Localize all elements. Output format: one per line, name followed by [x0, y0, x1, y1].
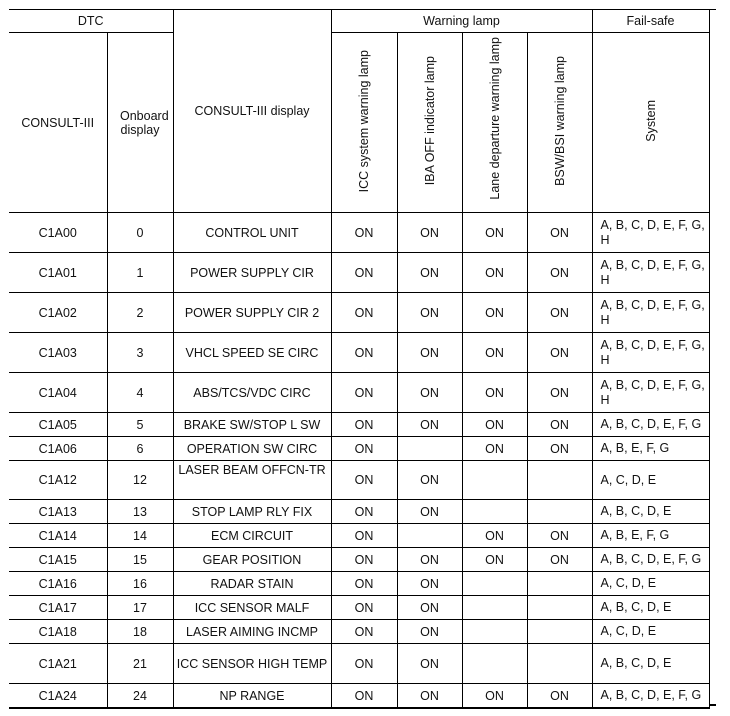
cell-iba: ON	[397, 293, 462, 333]
cell-icc: ON	[331, 620, 397, 644]
table-row: C1A033VHCL SPEED SE CIRCONONONONA, B, C,…	[9, 333, 709, 373]
cell-lane: ON	[462, 253, 527, 293]
cell-iba: ON	[397, 620, 462, 644]
cell-display: NP RANGE	[173, 684, 331, 709]
cell-iba: ON	[397, 253, 462, 293]
table-row: C1A1717ICC SENSOR MALFONONA, B, C, D, E	[9, 596, 709, 620]
cell-onboard: 3	[107, 333, 173, 373]
cell-lane	[462, 461, 527, 500]
cell-iba: ON	[397, 500, 462, 524]
cell-icc: ON	[331, 373, 397, 413]
cell-system: A, C, D, E	[592, 620, 709, 644]
cell-system: A, B, C, D, E, F, G, H	[592, 373, 709, 413]
cell-display: ECM CIRCUIT	[173, 524, 331, 548]
cell-display: OPERATION SW CIRC	[173, 437, 331, 461]
cell-icc: ON	[331, 253, 397, 293]
cell-onboard: 6	[107, 437, 173, 461]
cell-onboard: 13	[107, 500, 173, 524]
cell-icc: ON	[331, 437, 397, 461]
cell-display: LASER AIMING INCMP	[173, 620, 331, 644]
cell-onboard: 12	[107, 461, 173, 500]
cell-system: A, C, D, E	[592, 461, 709, 500]
header-onboard-display: Onboard display	[107, 33, 173, 213]
cell-consult: C1A02	[9, 293, 107, 333]
cell-lane: ON	[462, 524, 527, 548]
table-row: C1A000CONTROL UNITONONONONA, B, C, D, E,…	[9, 213, 709, 253]
cell-iba	[397, 437, 462, 461]
cell-iba: ON	[397, 684, 462, 709]
table-row: C1A1313STOP LAMP RLY FIXONONA, B, C, D, …	[9, 500, 709, 524]
cell-lane: ON	[462, 413, 527, 437]
cell-consult: C1A05	[9, 413, 107, 437]
cell-bsw	[527, 500, 592, 524]
cell-display: GEAR POSITION	[173, 548, 331, 572]
cell-bsw: ON	[527, 524, 592, 548]
cell-consult: C1A24	[9, 684, 107, 709]
cell-system: A, B, C, D, E, F, G, H	[592, 293, 709, 333]
cell-bsw: ON	[527, 253, 592, 293]
table-row: C1A1616RADAR STAINONONA, C, D, E	[9, 572, 709, 596]
cell-bsw: ON	[527, 333, 592, 373]
cell-consult: C1A03	[9, 333, 107, 373]
table-row: C1A022POWER SUPPLY CIR 2ONONONONA, B, C,…	[9, 293, 709, 333]
cell-consult: C1A13	[9, 500, 107, 524]
cell-display: POWER SUPPLY CIR	[173, 253, 331, 293]
cell-lane: ON	[462, 684, 527, 709]
cell-consult: C1A17	[9, 596, 107, 620]
cell-system: A, B, C, D, E, F, G	[592, 684, 709, 709]
cell-icc: ON	[331, 524, 397, 548]
cell-consult: C1A16	[9, 572, 107, 596]
cell-iba: ON	[397, 461, 462, 500]
table-row: C1A011POWER SUPPLY CIRONONONONA, B, C, D…	[9, 253, 709, 293]
cell-consult: C1A04	[9, 373, 107, 413]
cell-iba: ON	[397, 596, 462, 620]
cell-onboard: 17	[107, 596, 173, 620]
table-row: C1A1515GEAR POSITIONONONONONA, B, C, D, …	[9, 548, 709, 572]
cell-consult: C1A12	[9, 461, 107, 500]
cell-iba: ON	[397, 572, 462, 596]
cell-lane: ON	[462, 373, 527, 413]
cell-bsw	[527, 620, 592, 644]
cell-iba: ON	[397, 413, 462, 437]
cell-bsw: ON	[527, 213, 592, 253]
cell-lane: ON	[462, 548, 527, 572]
cell-lane: ON	[462, 213, 527, 253]
cell-icc: ON	[331, 293, 397, 333]
cell-icc: ON	[331, 461, 397, 500]
cell-iba: ON	[397, 333, 462, 373]
cell-onboard: 2	[107, 293, 173, 333]
header-system: System	[592, 33, 709, 213]
cell-consult: C1A21	[9, 644, 107, 684]
cell-system: A, B, C, D, E, F, G, H	[592, 213, 709, 253]
cell-bsw: ON	[527, 373, 592, 413]
cell-system: A, B, C, D, E	[592, 596, 709, 620]
cell-iba: ON	[397, 548, 462, 572]
cell-consult: C1A14	[9, 524, 107, 548]
cell-iba: ON	[397, 213, 462, 253]
table-rule	[709, 704, 716, 706]
cell-bsw	[527, 644, 592, 684]
header-group-fail-safe: Fail-safe	[592, 10, 709, 33]
cell-onboard: 5	[107, 413, 173, 437]
cell-bsw: ON	[527, 437, 592, 461]
cell-system: A, B, C, D, E, F, G	[592, 413, 709, 437]
cell-display: BRAKE SW/STOP L SW	[173, 413, 331, 437]
header-group-dtc: DTC	[9, 10, 173, 33]
cell-bsw: ON	[527, 548, 592, 572]
cell-system: A, B, C, D, E, F, G, H	[592, 333, 709, 373]
cell-iba: ON	[397, 644, 462, 684]
cell-iba: ON	[397, 373, 462, 413]
table-row: C1A1212LASER BEAM OFFCN-TRONONA, C, D, E	[9, 461, 709, 500]
header-lane-departure-lamp: Lane departure warning lamp	[462, 33, 527, 213]
table-row: C1A2121ICC SENSOR HIGH TEMPONONA, B, C, …	[9, 644, 709, 684]
cell-icc: ON	[331, 413, 397, 437]
cell-lane	[462, 620, 527, 644]
cell-display: RADAR STAIN	[173, 572, 331, 596]
table-row: C1A1818LASER AIMING INCMPONONA, C, D, E	[9, 620, 709, 644]
cell-icc: ON	[331, 213, 397, 253]
cell-lane	[462, 644, 527, 684]
cell-consult: C1A15	[9, 548, 107, 572]
cell-onboard: 21	[107, 644, 173, 684]
cell-onboard: 4	[107, 373, 173, 413]
cell-icc: ON	[331, 333, 397, 373]
cell-onboard: 15	[107, 548, 173, 572]
cell-system: A, B, E, F, G	[592, 524, 709, 548]
cell-icc: ON	[331, 596, 397, 620]
cell-display: VHCL SPEED SE CIRC	[173, 333, 331, 373]
table-row: C1A1414ECM CIRCUITONONONA, B, E, F, G	[9, 524, 709, 548]
cell-icc: ON	[331, 644, 397, 684]
cell-display: CONTROL UNIT	[173, 213, 331, 253]
cell-lane	[462, 572, 527, 596]
cell-bsw: ON	[527, 413, 592, 437]
cell-display: ABS/TCS/VDC CIRC	[173, 373, 331, 413]
cell-lane	[462, 500, 527, 524]
cell-icc: ON	[331, 500, 397, 524]
header-icc-warning-lamp: ICC system warning lamp	[331, 33, 397, 213]
cell-system: A, B, C, D, E, F, G	[592, 548, 709, 572]
cell-consult: C1A01	[9, 253, 107, 293]
table-row: C1A055BRAKE SW/STOP L SWONONONONA, B, C,…	[9, 413, 709, 437]
cell-iba	[397, 524, 462, 548]
cell-bsw	[527, 461, 592, 500]
cell-system: A, B, C, D, E	[592, 644, 709, 684]
cell-bsw: ON	[527, 293, 592, 333]
dtc-table: DTC CONSULT-III display Warning lamp Fai…	[9, 9, 710, 709]
table-rule	[709, 9, 716, 10]
table-row: C1A066OPERATION SW CIRCONONONA, B, E, F,…	[9, 437, 709, 461]
cell-display: LASER BEAM OFFCN-TR	[173, 461, 331, 500]
cell-system: A, B, C, D, E	[592, 500, 709, 524]
cell-consult: C1A06	[9, 437, 107, 461]
cell-bsw	[527, 596, 592, 620]
cell-onboard: 14	[107, 524, 173, 548]
cell-bsw: ON	[527, 684, 592, 709]
header-iba-off-lamp: IBA OFF indicator lamp	[397, 33, 462, 213]
cell-onboard: 18	[107, 620, 173, 644]
cell-display: ICC SENSOR MALF	[173, 596, 331, 620]
cell-onboard: 24	[107, 684, 173, 709]
table-row: C1A2424NP RANGEONONONONA, B, C, D, E, F,…	[9, 684, 709, 709]
cell-lane: ON	[462, 437, 527, 461]
cell-consult: C1A18	[9, 620, 107, 644]
cell-lane	[462, 596, 527, 620]
header-consult-iii: CONSULT-III	[9, 33, 107, 213]
header-consult-display: CONSULT-III display	[173, 10, 331, 213]
cell-icc: ON	[331, 548, 397, 572]
cell-lane: ON	[462, 293, 527, 333]
cell-system: A, B, C, D, E, F, G, H	[592, 253, 709, 293]
cell-onboard: 0	[107, 213, 173, 253]
cell-display: STOP LAMP RLY FIX	[173, 500, 331, 524]
header-bsw-bsi-lamp: BSW/BSI warning lamp	[527, 33, 592, 213]
cell-onboard: 16	[107, 572, 173, 596]
cell-lane: ON	[462, 333, 527, 373]
cell-consult: C1A00	[9, 213, 107, 253]
cell-bsw	[527, 572, 592, 596]
cell-system: A, C, D, E	[592, 572, 709, 596]
cell-onboard: 1	[107, 253, 173, 293]
cell-system: A, B, E, F, G	[592, 437, 709, 461]
table-row: C1A044ABS/TCS/VDC CIRCONONONONA, B, C, D…	[9, 373, 709, 413]
cell-icc: ON	[331, 684, 397, 709]
header-group-warning-lamp: Warning lamp	[331, 10, 592, 33]
cell-icc: ON	[331, 572, 397, 596]
cell-display: ICC SENSOR HIGH TEMP	[173, 644, 331, 684]
cell-display: POWER SUPPLY CIR 2	[173, 293, 331, 333]
